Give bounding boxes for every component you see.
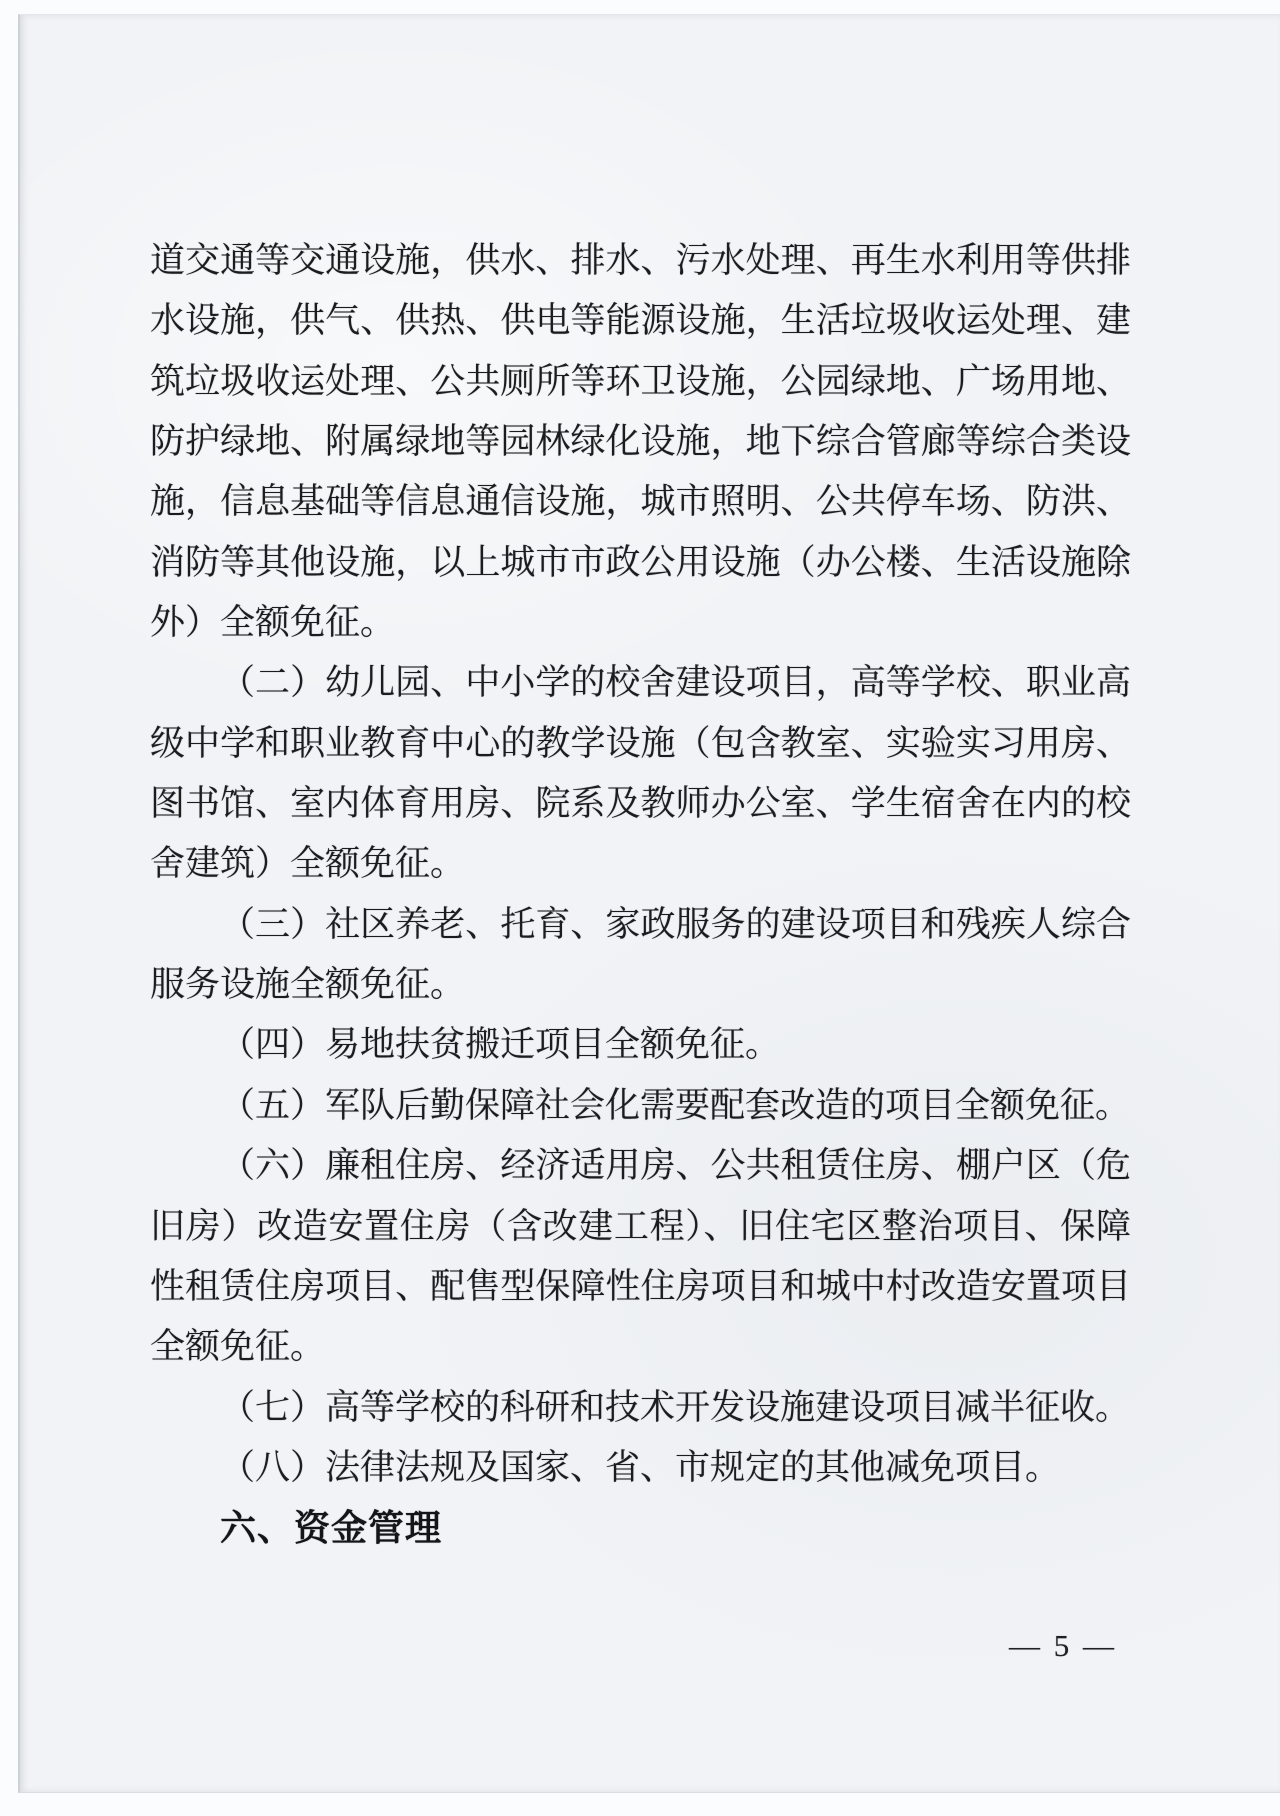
body-line: （四）易地扶贫搬迁项目全额免征。	[150, 1015, 1131, 1075]
body-line: 全额免征。	[150, 1317, 1131, 1377]
body-line: （五）军队后勤保障社会化需要配套改造的项目全额免征。	[150, 1076, 1131, 1136]
body-line: 外）全额免征。	[150, 593, 1131, 653]
body-line: 消防等其他设施，以上城市市政公用设施（办公楼、生活设施除	[150, 533, 1131, 593]
body-line: 施，信息基础等信息通信设施，城市照明、公共停车场、防洪、	[150, 472, 1131, 532]
body-line: （六）廉租住房、经济适用房、公共租赁住房、棚户区（危	[150, 1136, 1131, 1196]
body-line: 防护绿地、附属绿地等园林绿化设施，地下综合管廊等综合类设	[150, 412, 1131, 472]
page-number: — 5 —	[1009, 1628, 1117, 1664]
body-line: 图书馆、室内体育用房、院系及教师办公室、学生宿舍在内的校	[150, 774, 1131, 834]
body-line: （三）社区养老、托育、家政服务的建设项目和残疾人综合	[150, 895, 1131, 955]
body-line: 舍建筑）全额免征。	[150, 834, 1131, 894]
body-line: 性租赁住房项目、配售型保障性住房项目和城中村改造安置项目	[150, 1257, 1131, 1317]
document-body: 道交通等交通设施，供水、排水、污水处理、再生水利用等供排 水设施，供气、供热、供…	[150, 231, 1131, 1559]
body-line: （八）法律法规及国家、省、市规定的其他减免项目。	[150, 1438, 1131, 1498]
body-line: 筑垃圾收运处理、公共厕所等环卫设施，公园绿地、广场用地、	[150, 352, 1131, 412]
body-line: （七）高等学校的科研和技术开发设施建设项目减半征收。	[150, 1378, 1131, 1438]
body-line: 水设施，供气、供热、供电等能源设施，生活垃圾收运处理、建	[150, 291, 1131, 351]
body-line: 服务设施全额免征。	[150, 955, 1131, 1015]
scanned-document-page: 道交通等交通设施，供水、排水、污水处理、再生水利用等供排 水设施，供气、供热、供…	[0, 0, 1280, 1816]
body-line: 旧房）改造安置住房（含改建工程）、旧住宅区整治项目、保障	[150, 1197, 1131, 1257]
body-line: （二）幼儿园、中小学的校舍建设项目，高等学校、职业高	[150, 653, 1131, 713]
body-line: 道交通等交通设施，供水、排水、污水处理、再生水利用等供排	[150, 231, 1131, 291]
section-heading: 六、资金管理	[150, 1498, 1131, 1558]
body-line: 级中学和职业教育中心的教学设施（包含教室、实验实习用房、	[150, 714, 1131, 774]
